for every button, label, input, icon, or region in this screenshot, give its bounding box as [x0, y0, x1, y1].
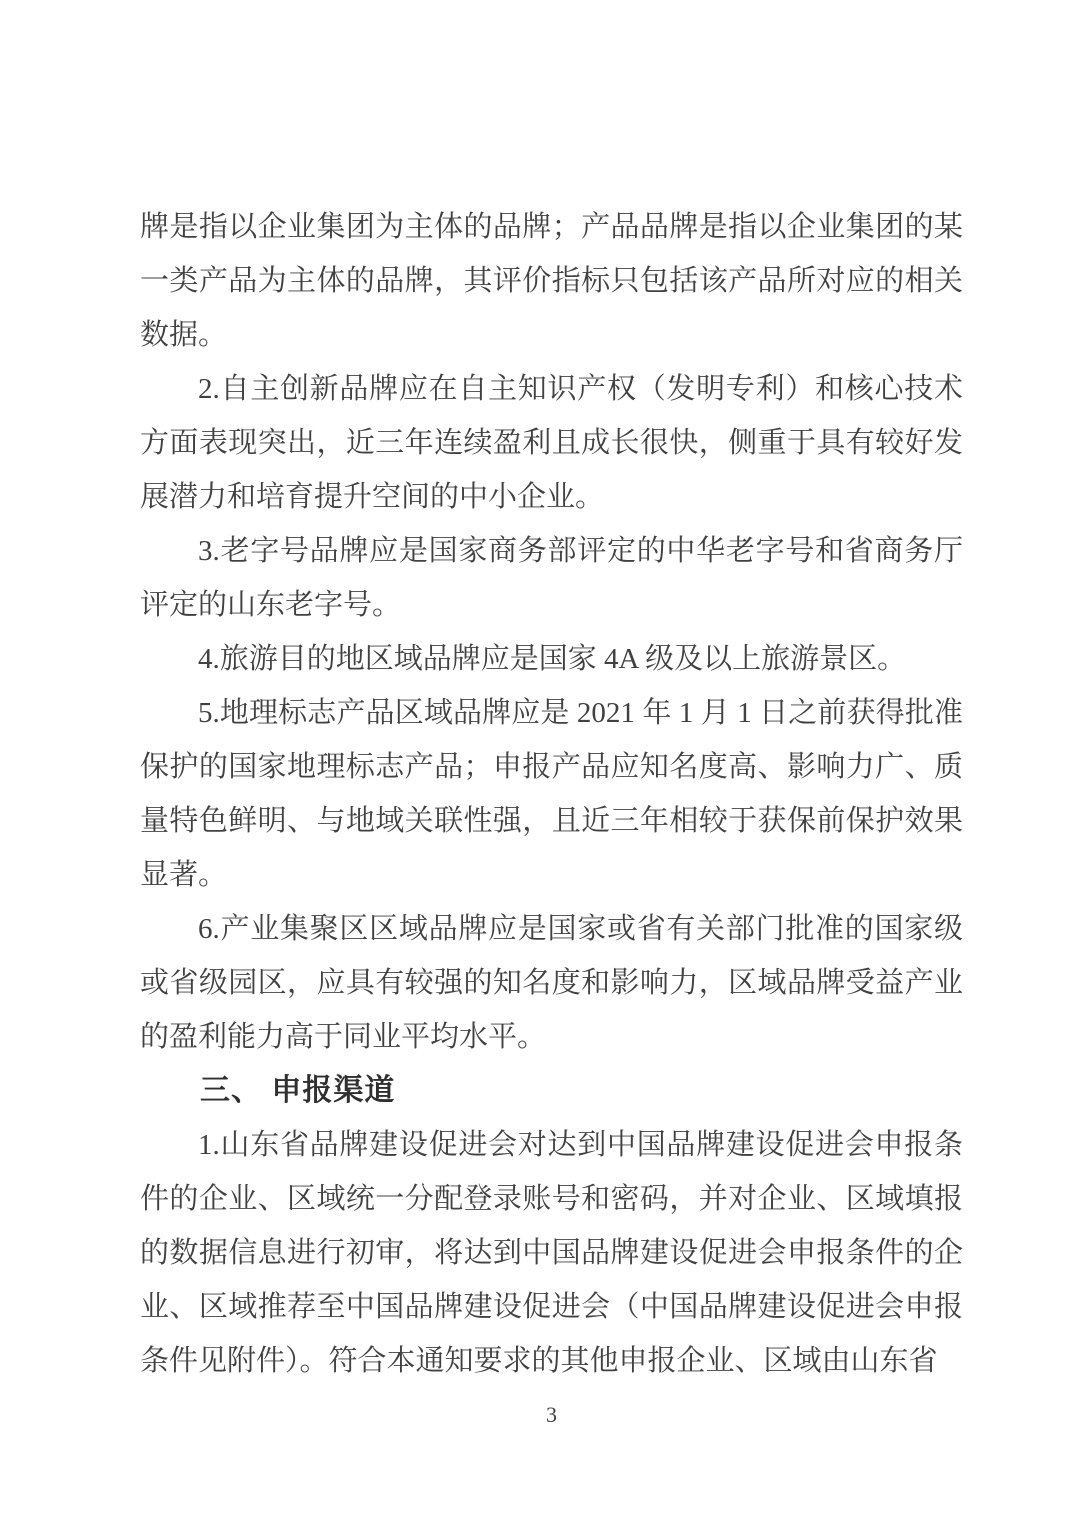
page-number: 3 — [140, 1388, 963, 1442]
section-heading-declaration-channel: 三、 申报渠道 — [140, 1064, 963, 1118]
paragraph-item-3-time-honored-brand: 3.老字号品牌应是国家商务部评定的中华老字号和省商务厅评定的山东老字号。 — [140, 524, 963, 632]
paragraph-item-2-innovation-brand: 2.自主创新品牌应在自主知识产权（发明专利）和核心技术方面表现突出，近三年连续盈… — [140, 362, 963, 524]
paragraph-item-5-geographical-indication-brand: 5.地理标志产品区域品牌应是 2021 年 1 月 1 日之前获得批准保护的国家… — [140, 686, 963, 902]
document-page: 牌是指以企业集团为主体的品牌；产品品牌是指以企业集团的某一类产品为主体的品牌，其… — [0, 0, 1080, 1528]
paragraph-item-1-declaration-process: 1.山东省品牌建设促进会对达到中国品牌建设促进会申报条件的企业、区域统一分配登录… — [140, 1118, 963, 1388]
paragraph-brand-definition-continued: 牌是指以企业集团为主体的品牌；产品品牌是指以企业集团的某一类产品为主体的品牌，其… — [140, 200, 963, 362]
paragraph-item-6-industrial-cluster-brand: 6.产业集聚区区域品牌应是国家或省有关部门批准的国家级或省级园区，应具有较强的知… — [140, 902, 963, 1064]
paragraph-item-4-tourism-brand: 4.旅游目的地区域品牌应是国家 4A 级及以上旅游景区。 — [140, 632, 963, 686]
